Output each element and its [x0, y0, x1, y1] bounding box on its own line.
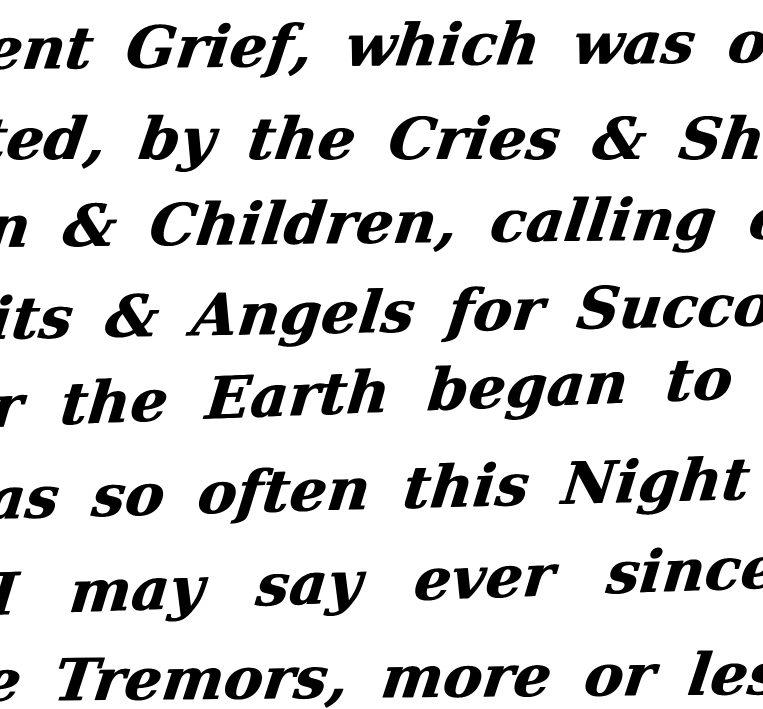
handwriting-line-3: n & Children, calling on — [0, 189, 763, 256]
handwriting-line-6: as so often this Night & — [0, 448, 763, 528]
handwriting-line-2: ted, by the Cries & Shrieks — [0, 110, 763, 168]
handwriting-line-7: I may say ever since, — [0, 538, 763, 625]
handwriting-line-1: ent Grief, which was onl — [0, 13, 763, 78]
handwriting-line-5: r the Earth began to trem — [0, 342, 763, 436]
handwriting-line-8: e Tremors, more or less, — [0, 645, 763, 709]
manuscript-page: ent Grief, which was onl ted, by the Cri… — [0, 0, 763, 709]
handwriting-line-4: its & Angels for Succour; — [0, 275, 763, 348]
